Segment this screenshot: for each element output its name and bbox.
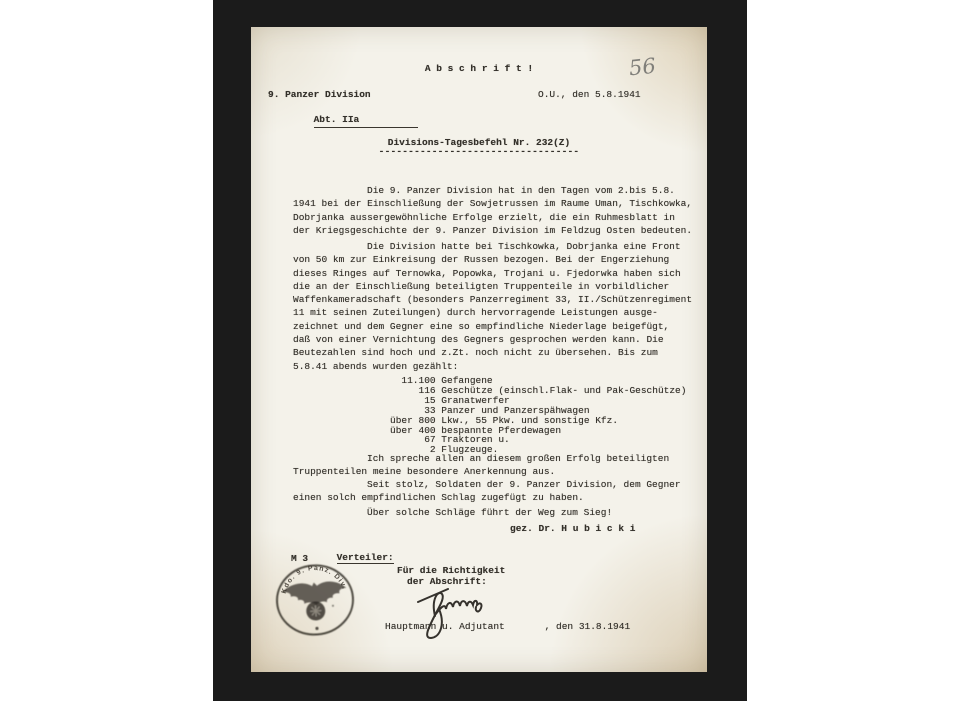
handwritten-page-number: 56: [628, 54, 657, 81]
closing-paragraphs: Ich spreche allen an diesem großen Erfol…: [293, 452, 697, 519]
adjutant-date-line: Hauptmann u. Adjutant , den 31.8.1941: [385, 621, 630, 633]
document-page: A b s c h r i f t ! 56 9. Panzer Divisio…: [251, 27, 707, 672]
screenshot-root: A b s c h r i f t ! 56 9. Panzer Divisio…: [0, 0, 957, 701]
sender-department: Abt. IIa: [268, 102, 418, 140]
unit-stamp: Kdo. 9. Panz. Div.: [273, 560, 358, 639]
sender-department-label: Abt. IIa: [314, 114, 418, 128]
signed-by-line: gez. Dr. H u b i c k i: [510, 523, 635, 535]
order-body-paragraph-2: Die Division hatte bei Tischkowka, Dobrj…: [293, 240, 697, 373]
captured-materiel-tally: 11.100 Gefangene 116 Geschütze (einschl.…: [390, 376, 686, 455]
place-date-line: O.U., den 5.8.1941: [538, 89, 641, 101]
eagle-emblem-icon: [282, 580, 349, 632]
scan-background: A b s c h r i f t ! 56 9. Panzer Divisio…: [213, 0, 747, 701]
order-title-underline: ----------------------------------: [251, 146, 707, 158]
order-body-paragraph-1: Die 9. Panzer Division hat in den Tagen …: [293, 184, 697, 237]
sender-unit: 9. Panzer Division: [268, 89, 371, 101]
